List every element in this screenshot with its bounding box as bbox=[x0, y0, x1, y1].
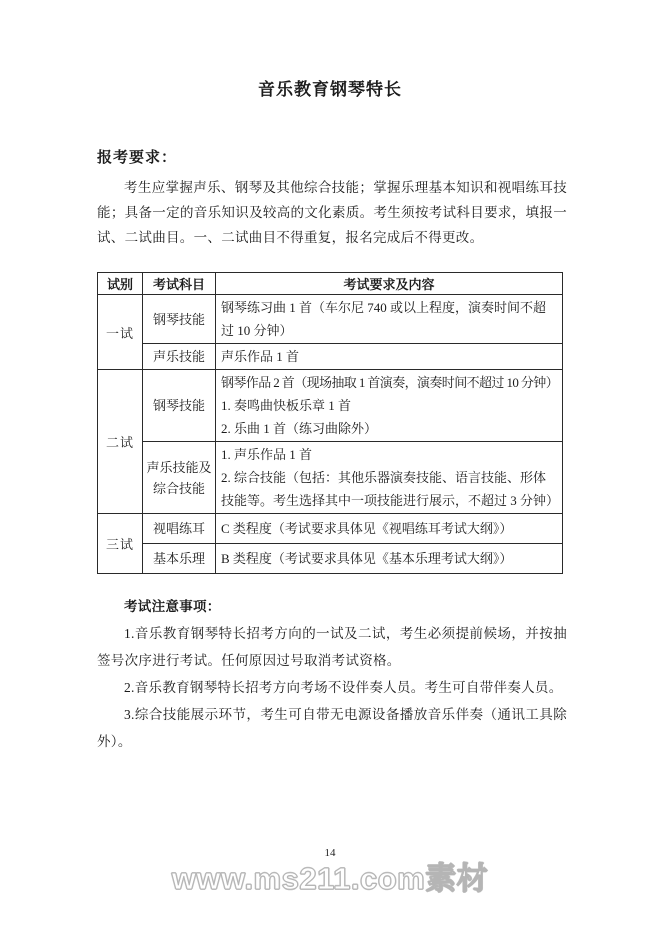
content-line: 1. 声乐作品 1 首 bbox=[221, 443, 557, 466]
content-cell: C 类程度（考试要求具体见《视唱练耳考试大纲》） bbox=[216, 514, 563, 544]
table-row-round2-piano: 二试 钢琴技能 钢琴作品 2 首（现场抽取 1 首演奏，演奏时间不超过 10 分… bbox=[98, 370, 563, 442]
column-header-round: 试别 bbox=[98, 273, 143, 295]
round-label-first-exam: 一试 bbox=[98, 295, 143, 370]
content-line: 1. 奏鸣曲快板乐章 1 首 bbox=[221, 394, 557, 417]
note-item-3: 3.综合技能展示环节，考生可自带无电源设备播放音乐伴奏（通讯工具除外）。 bbox=[97, 701, 567, 755]
intro-paragraph: 考生应掌握声乐、钢琴及其他综合技能；掌握乐理基本知识和视唱练耳技能；具备一定的音… bbox=[97, 175, 567, 250]
table-header-row: 试别 考试科目 考试要求及内容 bbox=[98, 273, 563, 295]
document-page: 音乐教育钢琴特长 报考要求： 考生应掌握声乐、钢琴及其他综合技能；掌握乐理基本知… bbox=[0, 0, 660, 933]
column-header-content: 考试要求及内容 bbox=[216, 273, 563, 295]
subject-cell: 视唱练耳 bbox=[143, 514, 216, 544]
content-line: 2. 乐曲 1 首（练习曲除外） bbox=[221, 417, 557, 440]
content-cell: 声乐作品 1 首 bbox=[216, 344, 563, 370]
content-line: 声乐作品 1 首 bbox=[221, 345, 557, 368]
column-header-subject: 考试科目 bbox=[143, 273, 216, 295]
content-cell: 钢琴练习曲 1 首（车尔尼 740 或以上程度，演奏时间不超过 10 分钟） bbox=[216, 295, 563, 344]
content-cell: 1. 声乐作品 1 首 2. 综合技能（包括：其他乐器演奏技能、语言技能、形体技… bbox=[216, 442, 563, 514]
content-line: C 类程度（考试要求具体见《视唱练耳考试大纲》） bbox=[221, 517, 557, 540]
page-number: 14 bbox=[0, 847, 660, 859]
table-row-round1-piano: 一试 钢琴技能 钢琴练习曲 1 首（车尔尼 740 或以上程度，演奏时间不超过 … bbox=[98, 295, 563, 344]
table-row-round3-sightsinging: 三试 视唱练耳 C 类程度（考试要求具体见《视唱练耳考试大纲》） bbox=[98, 514, 563, 544]
content-cell: B 类程度（考试要求具体见《基本乐理考试大纲》） bbox=[216, 544, 563, 574]
section-heading-requirements: 报考要求： bbox=[97, 147, 177, 169]
note-item-1: 1.音乐教育钢琴特长招考方向的一试及二试，考生必须提前候场，并按抽签号次序进行考… bbox=[97, 620, 567, 674]
notes-heading: 考试注意事项： bbox=[97, 593, 567, 620]
table-row-round3-theory: 基本乐理 B 类程度（考试要求具体见《基本乐理考试大纲》） bbox=[98, 544, 563, 574]
round-label-third-exam: 三试 bbox=[98, 514, 143, 574]
exam-requirements-table: 试别 考试科目 考试要求及内容 一试 钢琴技能 钢琴练习曲 1 首（车尔尼 74… bbox=[97, 272, 563, 574]
subject-cell: 钢琴技能 bbox=[143, 295, 216, 344]
subject-cell: 钢琴技能 bbox=[143, 370, 216, 442]
subject-cell: 基本乐理 bbox=[143, 544, 216, 574]
round-label-second-exam: 二试 bbox=[98, 370, 143, 514]
content-line: 钢琴练习曲 1 首（车尔尼 740 或以上程度，演奏时间不超过 10 分钟） bbox=[221, 296, 557, 342]
page-title: 音乐教育钢琴特长 bbox=[0, 79, 660, 101]
watermark-text: www.ms211.com素材 bbox=[0, 853, 660, 898]
note-item-2: 2.音乐教育钢琴特长招考方向考场不设伴奏人员。考生可自带伴奏人员。 bbox=[97, 674, 567, 701]
content-cell: 钢琴作品 2 首（现场抽取 1 首演奏，演奏时间不超过 10 分钟） 1. 奏鸣… bbox=[216, 370, 563, 442]
exam-notes-section: 考试注意事项： 1.音乐教育钢琴特长招考方向的一试及二试，考生必须提前候场，并按… bbox=[97, 593, 567, 755]
subject-cell: 声乐技能及综合技能 bbox=[143, 442, 216, 514]
content-line: 钢琴作品 2 首（现场抽取 1 首演奏，演奏时间不超过 10 分钟） bbox=[221, 371, 557, 394]
table-row-round2-vocal-comprehensive: 声乐技能及综合技能 1. 声乐作品 1 首 2. 综合技能（包括：其他乐器演奏技… bbox=[98, 442, 563, 514]
subject-cell: 声乐技能 bbox=[143, 344, 216, 370]
table-row-round1-vocal: 声乐技能 声乐作品 1 首 bbox=[98, 344, 563, 370]
content-line: 2. 综合技能（包括：其他乐器演奏技能、语言技能、形体技能等。考生选择其中一项技… bbox=[221, 466, 557, 512]
content-line: B 类程度（考试要求具体见《基本乐理考试大纲》） bbox=[221, 547, 557, 570]
